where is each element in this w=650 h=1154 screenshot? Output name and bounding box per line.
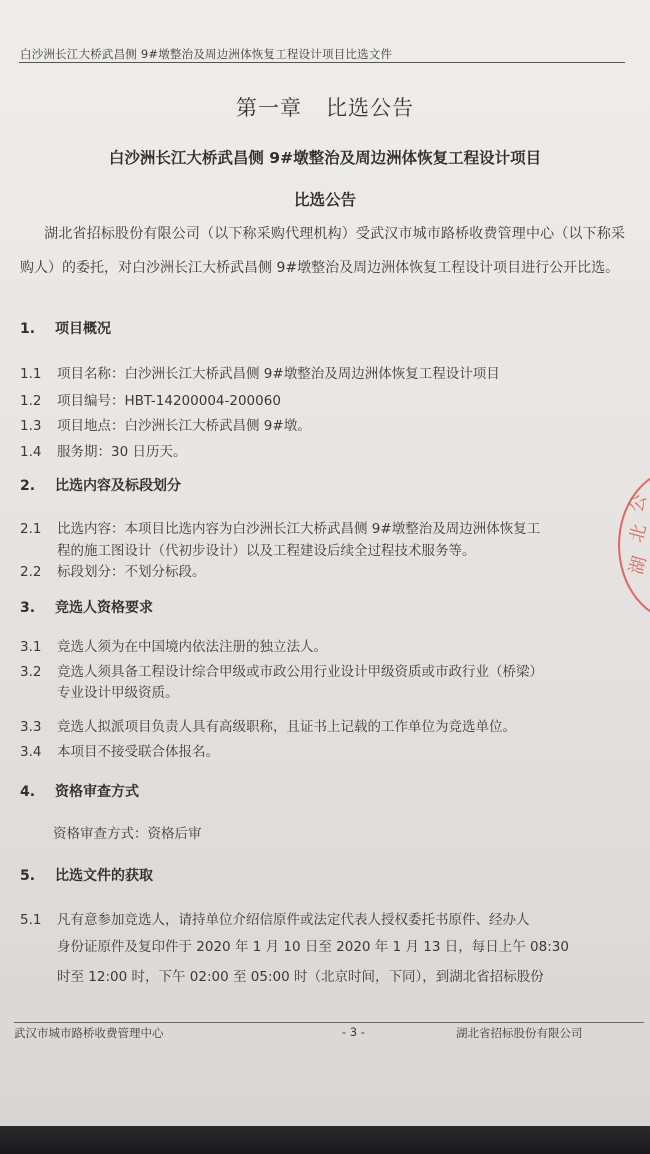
section-heading-1: 1.项目概况 xyxy=(20,318,111,338)
item-2-2: 2.2标段划分：不划分标段。 xyxy=(20,560,630,580)
item-1-3: 1.3项目地点：白沙洲长江大桥武昌侧 9#墩。 xyxy=(20,414,630,434)
item-5-1: 5.1凡有意参加竞选人，请持单位介绍信原件或法定代表人授权委托书原件、经办人 身… xyxy=(20,908,630,992)
section-heading-4: 4.资格审查方式 xyxy=(20,781,139,801)
footer-divider xyxy=(14,1022,644,1023)
section-heading-5: 5.比选文件的获取 xyxy=(20,865,153,885)
background-surface xyxy=(0,1126,650,1154)
document-page: 白沙洲长江大桥武昌侧 9#墩整治及周边洲体恢复工程设计项目比选文件 第一章比选公… xyxy=(0,0,650,1130)
footer-agency: 湖北省招标股份有限公司 xyxy=(456,1025,583,1041)
chapter-number: 第一章 xyxy=(236,96,302,120)
page-number: - 3 - xyxy=(342,1025,365,1039)
item-2-1: 2.1比选内容：本项目比选内容为白沙洲长江大桥武昌侧 9#墩整治及周边洲体恢复工… xyxy=(20,517,630,559)
chapter-name: 比选公告 xyxy=(326,96,414,120)
footer-client: 武汉市城市路桥收费管理中心 xyxy=(14,1025,164,1041)
section-heading-3: 3.竞选人资格要求 xyxy=(20,597,153,617)
item-1-4: 1.4服务期：30 日历天。 xyxy=(20,440,630,460)
section-heading-2: 2.比选内容及标段划分 xyxy=(20,475,181,495)
item-3-2: 3.2竞选人须具备工程设计综合甲级或市政公用行业设计甲级资质或市政行业（桥梁） … xyxy=(20,660,630,708)
item-1-2: 1.2项目编号：HBT-14200004-200060 xyxy=(20,389,630,409)
document-title: 白沙洲长江大桥武昌侧 9#墩整治及周边洲体恢复工程设计项目 xyxy=(0,146,650,168)
header-divider xyxy=(19,62,625,63)
section-4-body: 资格审查方式：资格后审 xyxy=(53,822,202,842)
item-3-4: 3.4本项目不接受联合体报名。 xyxy=(20,740,630,760)
company-seal: 公 北 湖 xyxy=(618,468,650,622)
running-header: 白沙洲长江大桥武昌侧 9#墩整治及周边洲体恢复工程设计项目比选文件 xyxy=(20,46,392,62)
document-subtitle: 比选公告 xyxy=(0,188,650,210)
item-1-1: 1.1项目名称：白沙洲长江大桥武昌侧 9#墩整治及周边洲体恢复工程设计项目 xyxy=(20,362,630,382)
intro-paragraph: 湖北省招标股份有限公司（以下称采购代理机构）受武汉市城市路桥收费管理中心（以下称… xyxy=(20,217,625,285)
item-3-3: 3.3竞选人拟派项目负责人具有高级职称，且证书上记载的工作单位为竞选单位。 xyxy=(20,715,630,735)
chapter-title: 第一章比选公告 xyxy=(0,92,650,122)
item-3-1: 3.1竞选人须为在中国境内依法注册的独立法人。 xyxy=(20,635,630,655)
